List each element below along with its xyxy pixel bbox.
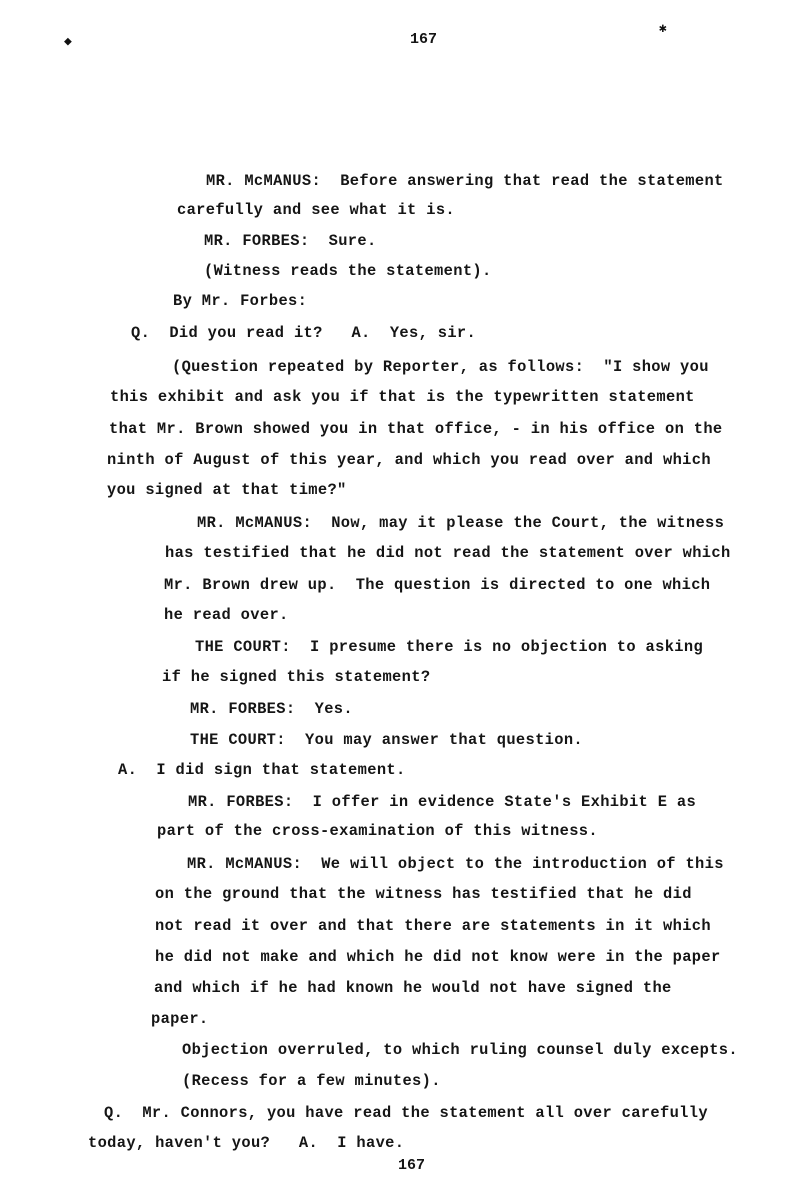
transcript-line: he did not make and which he did not kno…	[155, 948, 721, 966]
transcript-line: MR. McMANUS: Now, may it please the Cour…	[197, 514, 724, 532]
transcript-line: Objection overruled, to which ruling cou…	[182, 1041, 738, 1059]
transcript-line: (Witness reads the statement).	[204, 262, 492, 280]
transcript-line: carefully and see what it is.	[177, 201, 455, 219]
transcript-line: MR. FORBES: I offer in evidence State's …	[188, 793, 696, 811]
transcript-line: MR. McMANUS: We will object to the intro…	[187, 855, 724, 873]
transcript-line: he read over.	[164, 606, 289, 624]
transcript-line: today, haven't you? A. I have.	[88, 1134, 404, 1152]
transcript-line: you signed at that time?"	[107, 481, 347, 499]
transcript-line: Q. Mr. Connors, you have read the statem…	[104, 1104, 708, 1122]
transcript-line: (Question repeated by Reporter, as follo…	[172, 358, 709, 376]
transcript-line: A. I did sign that statement.	[118, 761, 406, 779]
transcript-line: paper.	[151, 1010, 209, 1028]
diamond-mark-icon: ◆	[64, 35, 72, 48]
transcript-line: By Mr. Forbes:	[173, 292, 307, 310]
transcript-line: Q. Did you read it? A. Yes, sir.	[131, 324, 476, 342]
transcript-line: MR. McMANUS: Before answering that read …	[206, 172, 724, 190]
transcript-line: ninth of August of this year, and which …	[107, 451, 711, 469]
transcript-line: and which if he had known he would not h…	[154, 979, 672, 997]
transcript-line: if he signed this statement?	[162, 668, 430, 686]
page-number-bottom: 167	[398, 1157, 425, 1174]
transcript-page: ◆ ✱ 167 MR. McMANUS: Before answering th…	[0, 0, 800, 1187]
transcript-line: MR. FORBES: Sure.	[204, 232, 377, 250]
transcript-line: Mr. Brown drew up. The question is direc…	[164, 576, 710, 594]
transcript-line: part of the cross-examination of this wi…	[157, 822, 598, 840]
page-number-top: 167	[410, 31, 437, 48]
transcript-line: on the ground that the witness has testi…	[155, 885, 692, 903]
transcript-line: THE COURT: You may answer that question.	[190, 731, 583, 749]
transcript-line: has testified that he did not read the s…	[165, 544, 731, 562]
transcript-line: MR. FORBES: Yes.	[190, 700, 353, 718]
transcript-line: not read it over and that there are stat…	[155, 917, 711, 935]
transcript-line: (Recess for a few minutes).	[182, 1072, 441, 1090]
hole-punch-mark-icon: ✱	[659, 22, 667, 35]
transcript-line: that Mr. Brown showed you in that office…	[109, 420, 723, 438]
transcript-line: THE COURT: I presume there is no objecti…	[195, 638, 703, 656]
transcript-line: this exhibit and ask you if that is the …	[110, 388, 695, 406]
